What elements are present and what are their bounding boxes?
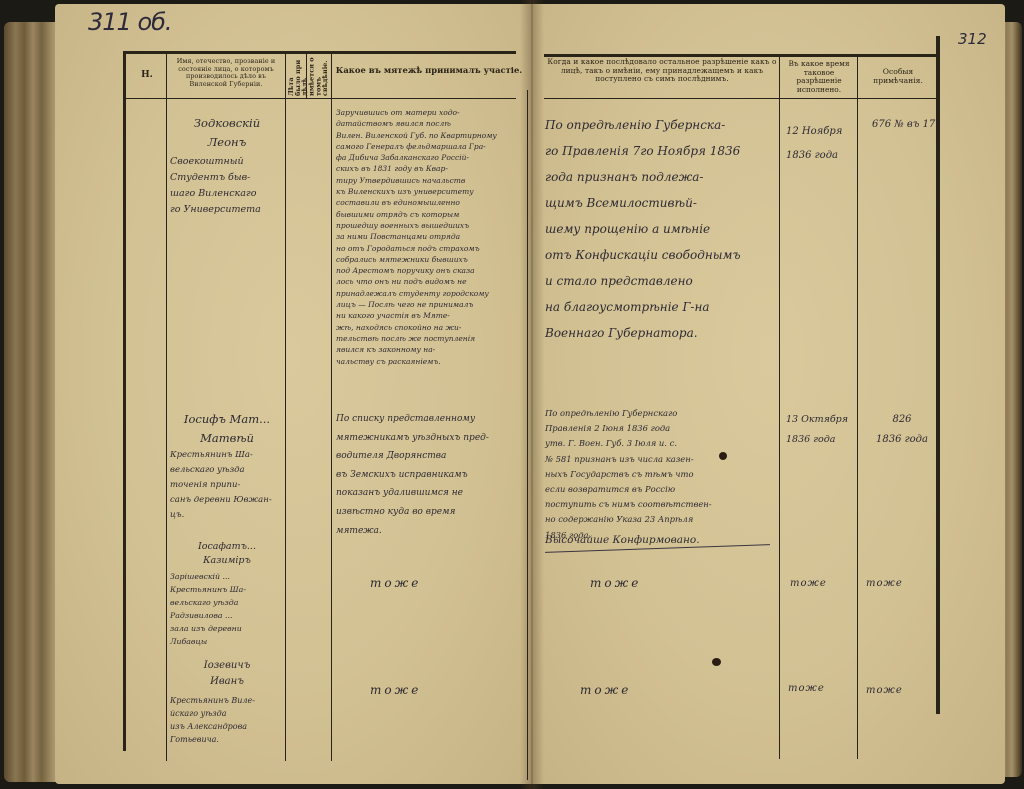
col-divider-vert2 xyxy=(331,51,332,761)
row1-participation: Заручившись от матери ходо- датайствомъ … xyxy=(336,107,526,367)
row4-participation-ditto: тоже xyxy=(370,684,510,696)
row2-name: Іосифъ Мат... Матвѣй xyxy=(170,410,284,448)
left-header-bottom-rule xyxy=(124,98,516,99)
header-number: Н. xyxy=(128,70,166,81)
row4-executed-ditto: тоже xyxy=(788,684,848,694)
header-notes: Особыя примѣчанія. xyxy=(860,68,936,86)
col-divider-resolution xyxy=(779,54,780,759)
right-header-bottom-rule xyxy=(544,98,940,99)
col-divider-executed xyxy=(857,54,858,759)
row3-resolution-ditto: тоже xyxy=(590,577,730,589)
row3-notes-ditto: тоже xyxy=(866,579,926,589)
row2-resolution-confirmed: Высочайше Конфирмовано. xyxy=(545,535,777,546)
left-header-top-rule xyxy=(124,51,516,54)
header-vertical-info: Лѣта было при дѣлѣ имѣется о томъ свѣдѣн… xyxy=(288,56,328,96)
ink-stain xyxy=(719,452,727,460)
row3-name: Іосафатъ... Казиміръ xyxy=(170,540,284,568)
folio-number-left: 311 об. xyxy=(88,8,172,36)
left-outer-border xyxy=(123,51,126,751)
row1-name: Зодковскій Леонъ xyxy=(170,114,284,152)
ink-stain xyxy=(712,658,721,666)
open-register-book: 311 об. 312 Н. Имя, отечество, прозваніе… xyxy=(0,0,1024,789)
row4-status: Крестьянинъ Виле- йскаго уѣзда изъ Алекс… xyxy=(170,694,284,746)
row2-notes: 826 1836 года xyxy=(868,410,936,450)
header-executed-when: Въ какое время таковое разрѣшеніе исполн… xyxy=(781,60,857,95)
row2-status: Крестьянинъ Ша- вельскаго уѣзда точенія … xyxy=(170,448,284,523)
header-resolution: Когда и какое послѣдовало остальное разр… xyxy=(546,58,778,84)
row1-resolution: По опредѣленію Губернска- го Правленія 7… xyxy=(545,112,777,346)
row1-executed-when: 12 Ноября 1836 года xyxy=(786,120,856,168)
row1-notes: 676 № въ 17 xyxy=(872,120,992,130)
row4-name: Іозевичъ Иванъ xyxy=(170,658,284,690)
row3-participation-ditto: тоже xyxy=(370,577,510,589)
row2-resolution: По опредѣленію Губернскаго Правленія 2 І… xyxy=(545,406,777,543)
row4-notes-ditto: тоже xyxy=(866,686,926,696)
left-inner-rule xyxy=(527,90,528,780)
row1-status: Своекоштный Студентъ быв- шаго Виленскаг… xyxy=(170,154,284,218)
col-divider-num xyxy=(166,51,167,761)
row3-executed-ditto: тоже xyxy=(790,579,850,589)
left-page-stack-edge xyxy=(4,22,62,782)
row3-status: Зарішевскій ... Крестьянинъ Ша- вельскаг… xyxy=(170,570,284,648)
row2-executed-when: 13 Октября 1836 года xyxy=(786,410,856,450)
folio-number-right: 312 xyxy=(958,30,987,48)
header-name-status: Имя, отечество, прозваніе и состояніе ли… xyxy=(168,58,284,88)
right-outer-border xyxy=(936,36,940,714)
col-divider-name xyxy=(285,51,286,761)
row4-resolution-ditto: тоже xyxy=(580,684,720,696)
header-participation: Какое въ мятежѣ принималъ участіе. xyxy=(334,66,524,76)
row2-participation: По списку представленному мятежникамъ уѣ… xyxy=(336,410,526,540)
